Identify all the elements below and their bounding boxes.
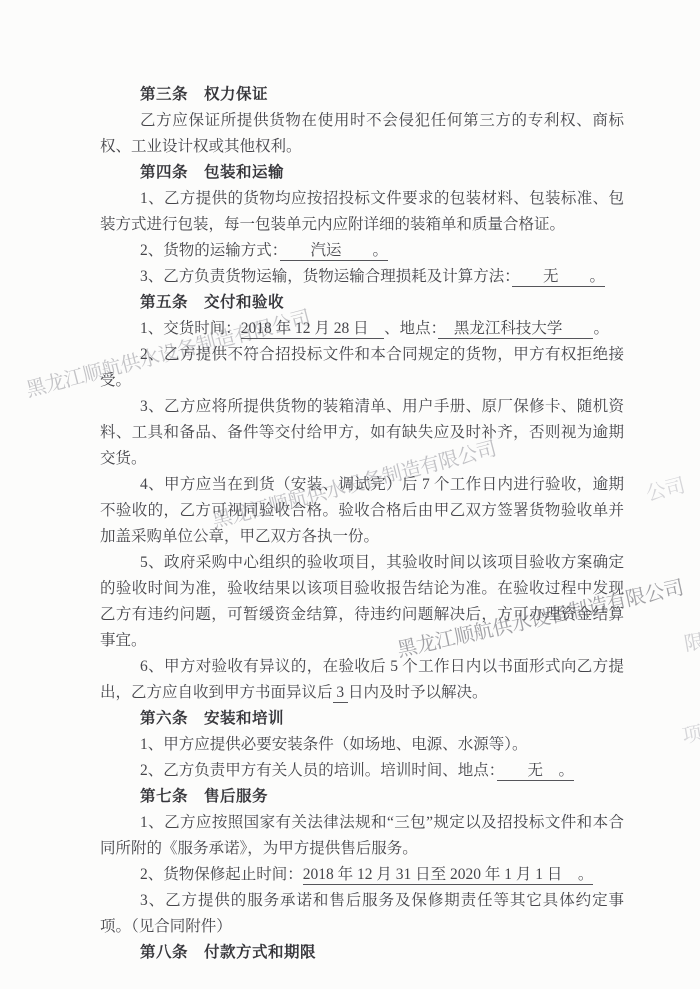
clause-paragraph: 2、乙方负责甲方有关人员的培训。培训时间、地点： 无 。 [100,758,624,784]
text-run: 2、乙方负责甲方有关人员的培训。培训时间、地点： [140,762,497,779]
text-run: 。 [593,320,609,337]
clause-paragraph: 2、货物的运输方式： 汽运 。 [100,238,624,264]
clause-paragraph: 1、乙方提供的货物均应按招投标文件要求的包装材料、包装标准、包装方式进行包装，每… [100,186,624,238]
clause-paragraph: 3、乙方应将所提供货物的装箱清单、用户手册、原厂保修卡、随机资料、工具和备品、备… [100,394,624,472]
underlined-fill-value: 3 [333,684,349,703]
watermark-fragment: 公司 [642,469,687,507]
watermark-fragment: 限 [681,625,700,657]
text-run: 3、乙方应将所提供货物的装箱清单、用户手册、原厂保修卡、随机资料、工具和备品、备… [100,398,624,467]
text-run: 3、乙方负责货物运输，货物运输合理损耗及计算方法： [140,268,512,285]
text-run: 4、甲方应当在到货（安装、调试完）后 7 个工作日内进行验收，逾期不验收的，乙方… [100,476,624,545]
text-run: 乙方应保证所提供货物在使用时不会侵犯任何第三方的专利权、商标权、工业设计权或其他… [100,112,624,155]
text-run: 1、交货时间： [140,320,241,337]
text-run: 1、甲方应提供必要安装条件（如场地、电源、水源等）。 [140,736,528,753]
text-run: 5、政府采购中心组织的验收项目，其验收时间以该项目验收方案确定的验收时间为准，验… [100,554,624,649]
underlined-fill-value: 2018 年 12 月 28 日 [241,320,384,339]
clause-paragraph: 5、政府采购中心组织的验收项目，其验收时间以该项目验收方案确定的验收时间为准，验… [100,550,624,654]
watermark-fragment: 项 [679,717,700,749]
clause-paragraph: 2、乙方提供不符合招投标文件和本合同规定的货物，甲方有权拒绝接受。 [100,342,624,394]
underlined-fill-value: 无 。 [497,762,575,781]
clause-paragraph: 1、乙方应按照国家有关法律法规和“三包”规定以及招投标文件和本合同所附的《服务承… [100,810,624,862]
clause-paragraph: 2、货物保修起止时间：2018 年 12 月 31 日至 2020 年 1 月 … [100,862,624,888]
text-run: 1、乙方提供的货物均应按招投标文件要求的包装材料、包装标准、包装方式进行包装，每… [100,190,624,233]
underlined-fill-value: 2018 年 12 月 31 日至 2020 年 1 月 1 日 。 [303,866,594,885]
clause-paragraph: 3、乙方提供的服务承诺和售后服务及保修期责任等其它具体约定事项。（见合同附件） [100,888,624,940]
clause-paragraph: 乙方应保证所提供货物在使用时不会侵犯任何第三方的专利权、商标权、工业设计权或其他… [100,108,624,160]
text-run: 2、乙方提供不符合招投标文件和本合同规定的货物，甲方有权拒绝接受。 [100,346,624,389]
clause-heading: 第七条 售后服务 [100,784,624,810]
text-run: 2、货物保修起止时间： [140,866,303,883]
clause-paragraph: 1、甲方应提供必要安装条件（如场地、电源、水源等）。 [100,732,624,758]
clause-paragraph: 3、乙方负责货物运输，货物运输合理损耗及计算方法： 无 。 [100,264,624,290]
clause-heading: 第四条 包装和运输 [100,160,624,186]
text-run: 1、乙方应按照国家有关法律法规和“三包”规定以及招投标文件和本合同所附的《服务承… [100,814,624,857]
clause-heading: 第八条 付款方式和期限 [100,940,624,966]
underlined-fill-value: 无 。 [512,268,605,287]
clause-paragraph: 4、甲方应当在到货（安装、调试完）后 7 个工作日内进行验收，逾期不验收的，乙方… [100,472,624,550]
clause-paragraph: 6、甲方对验收有异议的，在验收后 5 个工作日内以书面形式向乙方提出，乙方应自收… [100,654,624,706]
text-run: 日内及时予以解决。 [348,684,488,701]
underlined-fill-value: 汽运 。 [280,242,389,261]
document-body: 第三条 权力保证乙方应保证所提供货物在使用时不会侵犯任何第三方的专利权、商标权、… [100,82,624,966]
underlined-fill-value: 黑龙江科技大学 [438,320,593,339]
clause-heading: 第三条 权力保证 [100,82,624,108]
contract-page: 黑龙江顺航供水设备制造有限公司 黑龙江顺航供水设备制造有限公司 黑龙江顺航供水设… [0,0,700,989]
text-run: 、地点： [384,320,438,337]
text-run: 3、乙方提供的服务承诺和售后服务及保修期责任等其它具体约定事项。（见合同附件） [100,892,624,935]
clause-heading: 第五条 交付和验收 [100,290,624,316]
clause-heading: 第六条 安装和培训 [100,706,624,732]
text-run: 2、货物的运输方式： [140,242,280,259]
clause-paragraph: 1、交货时间：2018 年 12 月 28 日 、地点： 黑龙江科技大学 。 [100,316,624,342]
